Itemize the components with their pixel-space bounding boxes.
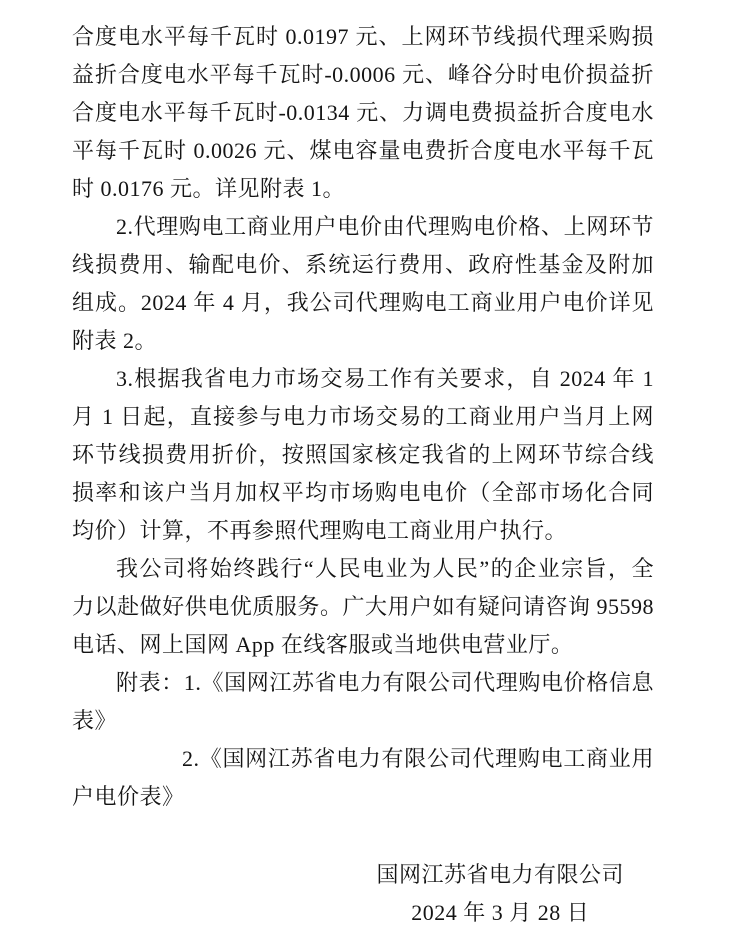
signature-date: 2024 年 3 月 28 日	[376, 894, 624, 932]
para-attachment-1: 附表：1.《国网江苏省电力有限公司代理购电价格信息表》	[72, 664, 654, 740]
signature-block: 国网江苏省电力有限公司 2024 年 3 月 28 日	[376, 856, 624, 932]
para-attachment-2: 2.《国网江苏省电力有限公司代理购电工商业用户电价表》	[72, 740, 654, 816]
para-price-loss-components: 合度电水平每千瓦时 0.0197 元、上网环节线损代理采购损益折合度电水平每千瓦…	[72, 18, 654, 208]
para-item-2-price-composition: 2.代理购电工商业用户电价由代理购电价格、上网环节线损费用、输配电价、系统运行费…	[72, 208, 654, 360]
para-service-pledge: 我公司将始终践行“人民电业为人民”的企业宗旨，全力以赴做好供电优质服务。广大用户…	[72, 550, 654, 664]
document-page: 合度电水平每千瓦时 0.0197 元、上网环节线损代理采购损益折合度电水平每千瓦…	[0, 0, 730, 949]
signature-company: 国网江苏省电力有限公司	[376, 856, 624, 894]
para-item-3-market-trading-rule: 3.根据我省电力市场交易工作有关要求，自 2024 年 1 月 1 日起，直接参…	[72, 360, 654, 550]
